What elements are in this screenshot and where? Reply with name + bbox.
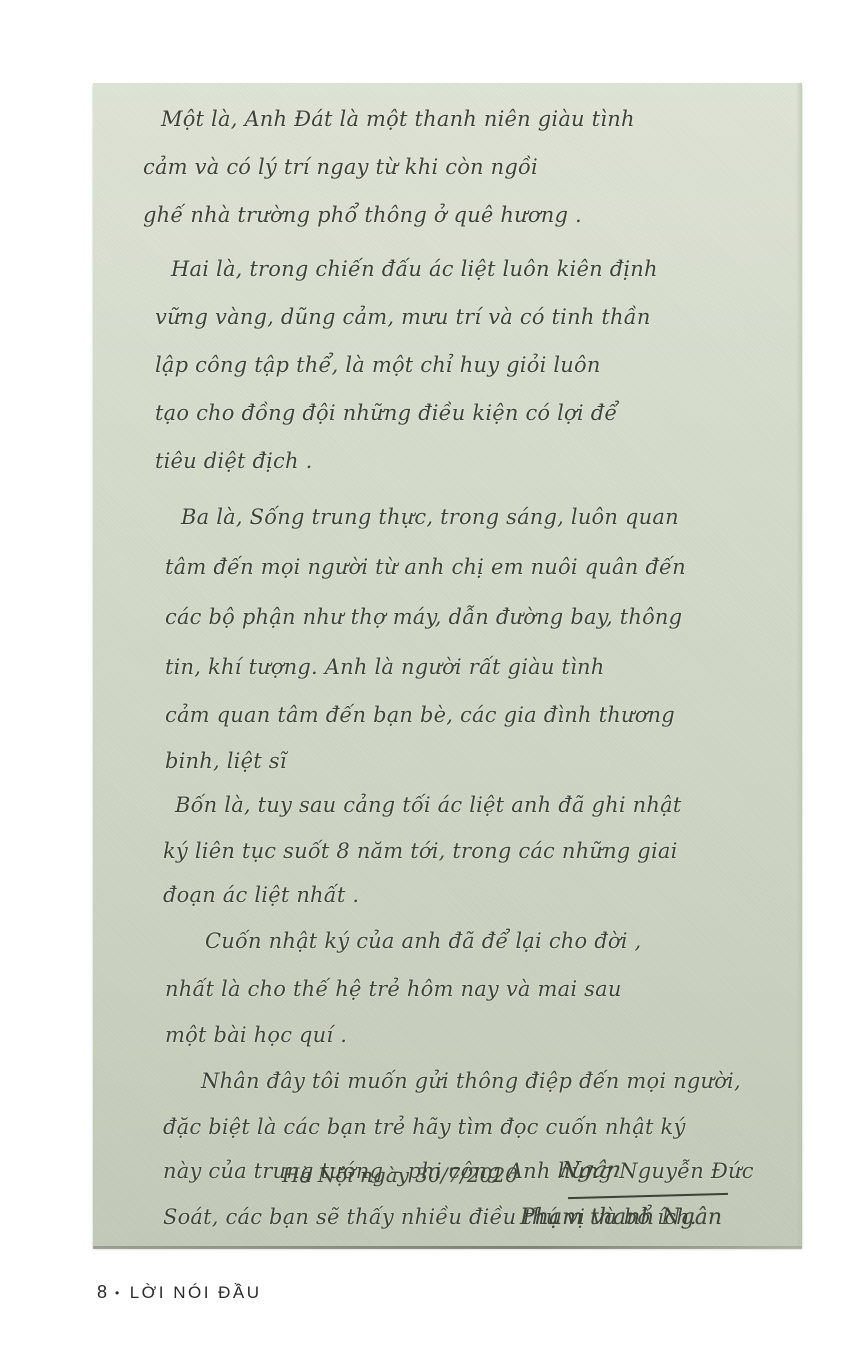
letter-line: này của trung tướng – phi công Anh hùng …	[163, 1159, 754, 1183]
letter-photograph: Một là, Anh Đát là một thanh niên giàu t…	[93, 83, 802, 1247]
letter-line: Hai là, trong chiến đấu ác liệt luôn kiê…	[171, 257, 658, 281]
letter-line: binh, liệt sĩ	[165, 749, 287, 773]
letter-line: Bốn là, tuy sau cảng tối ác liệt anh đã …	[175, 793, 681, 817]
letter-line: tiêu diệt địch .	[155, 449, 312, 473]
letter-line: vững vàng, dũng cảm, mưu trí và có tinh …	[155, 305, 651, 329]
letter-line: đoạn ác liệt nhất .	[163, 883, 359, 907]
bullet-separator-icon: •	[115, 1286, 122, 1300]
letter-line: Nhân đây tôi muốn gửi thông điệp đến mọi…	[201, 1069, 741, 1093]
letter-line: một bài học quí .	[165, 1023, 347, 1047]
handwritten-letter: Một là, Anh Đát là một thanh niên giàu t…	[93, 83, 802, 1247]
section-title: LỜI NÓI ĐẦU	[130, 1283, 262, 1303]
letter-line: ghế nhà trường phổ thông ở quê hương .	[143, 203, 582, 227]
letter-line: các bộ phận như thợ máy, dẫn đường bay, …	[165, 605, 682, 629]
letter-line: tin, khí tượng. Anh là người rất giàu tì…	[165, 655, 604, 679]
letter-line: ký liên tục suốt 8 năm tới, trong các nh…	[163, 839, 678, 863]
letter-line: tạo cho đồng đội những điều kiện có lợi …	[155, 401, 617, 425]
letter-line: cảm và có lý trí ngay từ khi còn ngồi	[143, 155, 538, 179]
letter-line: lập công tập thể, là một chỉ huy giỏi lu…	[155, 353, 601, 377]
letter-line: tâm đến mọi người từ anh chị em nuôi quâ…	[165, 555, 686, 579]
letter-line: nhất là cho thế hệ trẻ hôm nay và mai sa…	[165, 977, 622, 1001]
page-number: 8	[97, 1282, 107, 1303]
letter-line: Ba là, Sống trung thực, trong sáng, luôn…	[181, 505, 679, 529]
letter-line: đặc biệt là các bạn trẻ hãy tìm đọc cuốn…	[163, 1115, 686, 1139]
letter-line: cảm quan tâm đến bạn bè, các gia đình th…	[165, 703, 675, 727]
letter-line: Cuốn nhật ký của anh đã để lại cho đời ,	[205, 929, 641, 953]
letter-line: Soát, các bạn sẽ thấy nhiều điều thú vị …	[163, 1205, 697, 1229]
letter-line: Một là, Anh Đát là một thanh niên giàu t…	[161, 107, 635, 131]
page-footer: 8 • LỜI NÓI ĐẦU	[97, 1282, 262, 1303]
